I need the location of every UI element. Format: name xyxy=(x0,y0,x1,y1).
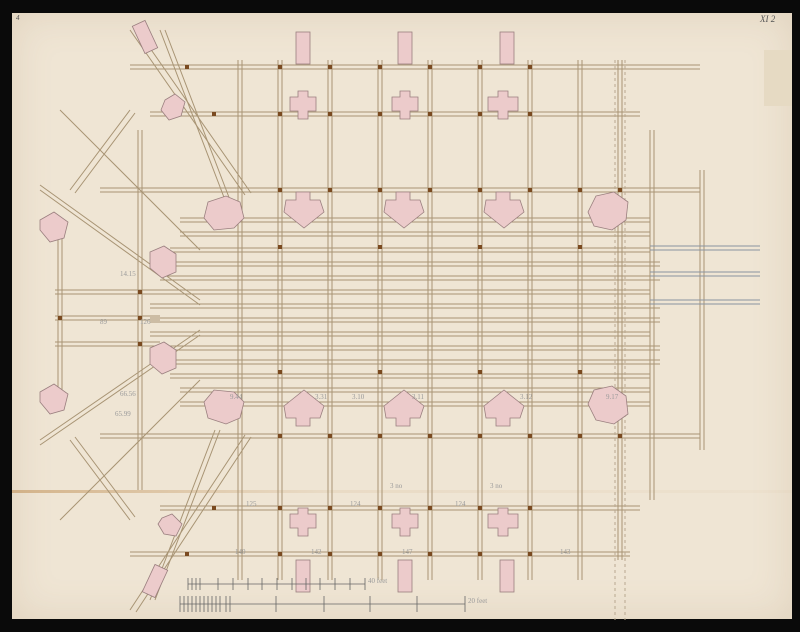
plan-drawing xyxy=(0,0,800,632)
dimension-label: 89 xyxy=(100,318,107,326)
bay-label: 9.17 xyxy=(606,393,618,401)
pencil-note: 3 no xyxy=(490,482,502,490)
dimension-label: 126 xyxy=(140,318,151,326)
bay-label: 3.12 xyxy=(520,393,532,401)
dimension-label: 140 xyxy=(235,548,246,556)
dimension-label: 66.56 xyxy=(120,390,136,398)
scale-label-bottom: 20 feet xyxy=(468,597,487,605)
sheet-label: XI 2 xyxy=(760,14,775,24)
dimension-label: 65.99 xyxy=(115,410,131,418)
nave-beams xyxy=(150,218,660,406)
dimension-label: 142 xyxy=(311,548,322,556)
scale-label-top: 40 feet xyxy=(368,577,387,585)
dimension-label: 143 xyxy=(560,548,571,556)
bay-label: 3.10 xyxy=(352,393,364,401)
dimension-label: 125 xyxy=(246,500,257,508)
bay-label: 3.31 xyxy=(315,393,327,401)
bay-label: 9.44 xyxy=(230,393,242,401)
dimension-label: 14.15 xyxy=(120,270,136,278)
scale-bars xyxy=(180,578,465,612)
pencil-note: 3 no xyxy=(390,482,402,490)
corner-mark: 4 xyxy=(16,14,20,22)
dimension-label: 124 xyxy=(350,500,361,508)
dimension-label: 124 xyxy=(455,500,466,508)
dimension-label: 147 xyxy=(402,548,413,556)
piers xyxy=(40,20,628,597)
bay-label: 3.11 xyxy=(412,393,424,401)
joints xyxy=(58,65,622,556)
